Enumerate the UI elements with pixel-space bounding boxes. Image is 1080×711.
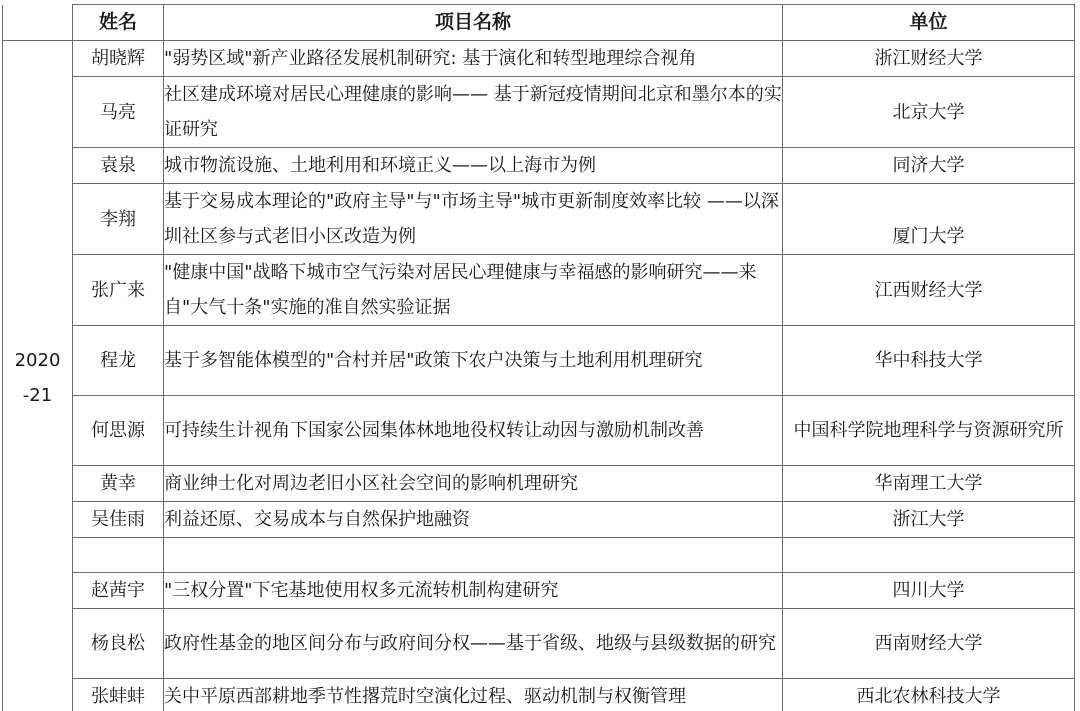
name-cell: 吴佳雨 [73, 502, 164, 538]
table-row: 李翔 基于交易成本理论的"政府主导"与"市场主导"城市更新制度效率比较 ——以深… [3, 184, 1075, 255]
project-cell: 社区建成环境对居民心理健康的影响—— 基于新冠疫情期间北京和墨尔本的实证研究 [164, 77, 783, 148]
unit-cell: 浙江财经大学 [783, 41, 1075, 77]
table-row: 黄幸 商业绅士化对周边老旧小区社会空间的影响机理研究 华南理工大学 [3, 466, 1075, 502]
year-label: 2020-21 [13, 343, 63, 413]
name-cell: 马亮 [73, 77, 164, 148]
unit-cell [783, 538, 1075, 573]
table-row-empty [3, 538, 1075, 573]
project-cell: "三权分置"下宅基地使用权多元流转机制构建研究 [164, 573, 783, 609]
header-unit: 单位 [783, 5, 1075, 41]
name-cell [73, 538, 164, 573]
table-row: 吴佳雨 利益还原、交易成本与自然保护地融资 浙江大学 [3, 502, 1075, 538]
project-cell: 可持续生计视角下国家公园集体林地地役权转让动因与激励机制改善 [164, 396, 783, 466]
project-cell: "健康中国"战略下城市空气污染对居民心理健康与幸福感的影响研究——来自"大气十条… [164, 255, 783, 326]
header-year [3, 5, 73, 41]
project-cell: 政府性基金的地区间分布与政府间分权——基于省级、地级与县级数据的研究 [164, 609, 783, 679]
table-row: 程龙 基于多智能体模型的"合村并居"政策下农户决策与土地利用机理研究 华中科技大… [3, 326, 1075, 396]
name-cell: 李翔 [73, 184, 164, 255]
unit-cell: 西北农林科技大学 [783, 679, 1075, 711]
table-row: 2020-21 胡晓辉 "弱势区域"新产业路径发展机制研究: 基于演化和转型地理… [3, 41, 1075, 77]
project-cell: 关中平原西部耕地季节性撂荒时空演化过程、驱动机制与权衡管理 [164, 679, 783, 711]
project-cell: 商业绅士化对周边老旧小区社会空间的影响机理研究 [164, 466, 783, 502]
project-cell: "弱势区域"新产业路径发展机制研究: 基于演化和转型地理综合视角 [164, 41, 783, 77]
table-row: 张广来 "健康中国"战略下城市空气污染对居民心理健康与幸福感的影响研究——来自"… [3, 255, 1075, 326]
name-cell: 袁泉 [73, 148, 164, 184]
grant-recipients-table: 姓名 项目名称 单位 2020-21 胡晓辉 "弱势区域"新产业路径发展机制研究… [2, 4, 1075, 711]
project-cell: 基于多智能体模型的"合村并居"政策下农户决策与土地利用机理研究 [164, 326, 783, 396]
name-cell: 赵茜宇 [73, 573, 164, 609]
project-cell [164, 538, 783, 573]
unit-cell: 华中科技大学 [783, 326, 1075, 396]
unit-cell: 北京大学 [783, 77, 1075, 148]
project-cell: 城市物流设施、土地利用和环境正义——以上海市为例 [164, 148, 783, 184]
name-cell: 张蚌蚌 [73, 679, 164, 711]
unit-cell: 中国科学院地理科学与资源研究所 [783, 396, 1075, 466]
name-cell: 黄幸 [73, 466, 164, 502]
table-row: 马亮 社区建成环境对居民心理健康的影响—— 基于新冠疫情期间北京和墨尔本的实证研… [3, 77, 1075, 148]
table-row: 赵茜宇 "三权分置"下宅基地使用权多元流转机制构建研究 四川大学 [3, 573, 1075, 609]
table-row: 杨良松 政府性基金的地区间分布与政府间分权——基于省级、地级与县级数据的研究 西… [3, 609, 1075, 679]
unit-cell: 江西财经大学 [783, 255, 1075, 326]
unit-cell: 浙江大学 [783, 502, 1075, 538]
year-cell: 2020-21 [3, 41, 73, 711]
table-row: 张蚌蚌 关中平原西部耕地季节性撂荒时空演化过程、驱动机制与权衡管理 西北农林科技… [3, 679, 1075, 711]
unit-cell: 四川大学 [783, 573, 1075, 609]
project-cell: 利益还原、交易成本与自然保护地融资 [164, 502, 783, 538]
unit-cell: 西南财经大学 [783, 609, 1075, 679]
header-name: 姓名 [73, 5, 164, 41]
unit-cell: 厦门大学 [783, 184, 1075, 255]
header-project: 项目名称 [164, 5, 783, 41]
name-cell: 张广来 [73, 255, 164, 326]
header-row: 姓名 项目名称 单位 [3, 5, 1075, 41]
table-row: 袁泉 城市物流设施、土地利用和环境正义——以上海市为例 同济大学 [3, 148, 1075, 184]
name-cell: 程龙 [73, 326, 164, 396]
name-cell: 胡晓辉 [73, 41, 164, 77]
name-cell: 何思源 [73, 396, 164, 466]
name-cell: 杨良松 [73, 609, 164, 679]
table-row: 何思源 可持续生计视角下国家公园集体林地地役权转让动因与激励机制改善 中国科学院… [3, 396, 1075, 466]
unit-cell: 华南理工大学 [783, 466, 1075, 502]
unit-cell: 同济大学 [783, 148, 1075, 184]
project-cell: 基于交易成本理论的"政府主导"与"市场主导"城市更新制度效率比较 ——以深圳社区… [164, 184, 783, 255]
